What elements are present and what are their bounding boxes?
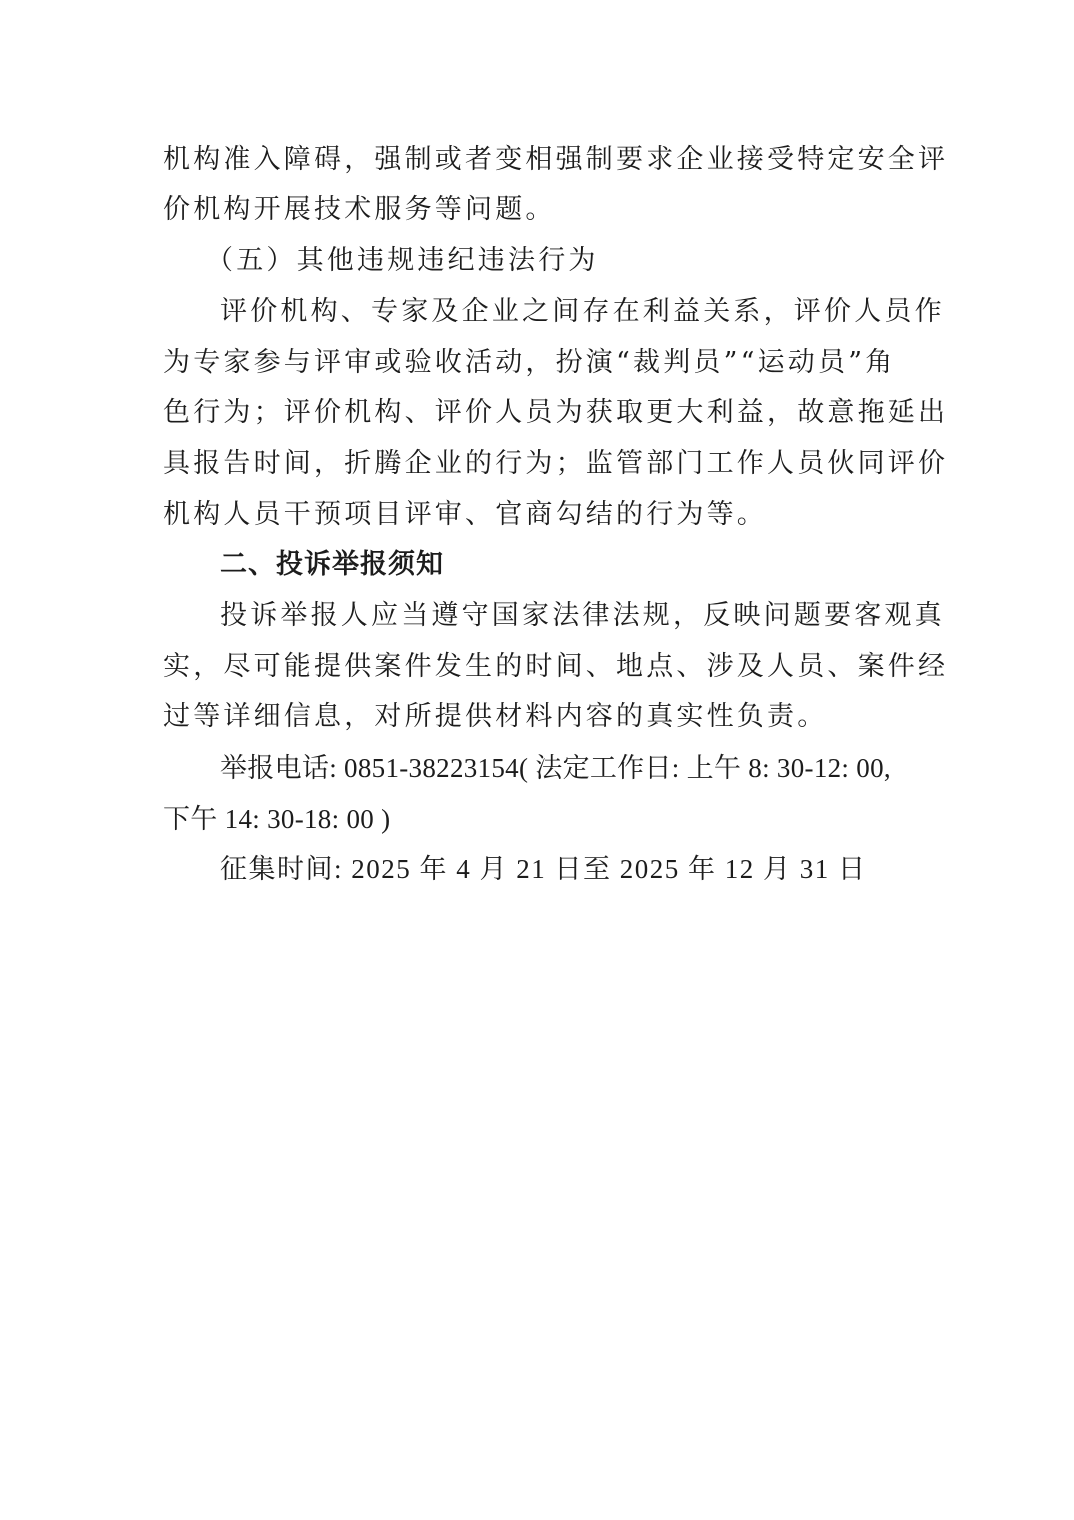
hotline-line: 举报电话: 0851-38223154( 法定工作日: 上午 8: 30-12:… [220,750,891,786]
document-page: 机构准入障碍，强制或者变相强制要求企业接受特定安全评 价机构开展技术服务等问题。… [0,0,1074,1520]
hotline-hours-line: 下午 14: 30-18: 00 ) [163,801,390,837]
paragraph-line: 色行为；评价机构、评价人员为获取更大利益，故意拖延出 [163,395,948,431]
paragraph-line: 机构准入障碍，强制或者变相强制要求企业接受特定安全评 [163,142,948,178]
paragraph-line: 投诉举报人应当遵守国家法律法规，反映问题要客观真 [220,598,945,634]
collection-period: 征集时间: 2025 年 4 月 21 日至 2025 年 12 月 31 日 [220,851,867,887]
section-heading: 二、投诉举报须知 [220,547,444,583]
subsection-heading: （五）其他违规违纪违法行为 [206,243,599,279]
paragraph-line: 机构人员干预项目评审、官商勾结的行为等。 [163,497,767,533]
paragraph-line: 为专家参与评审或验收活动，扮演“裁判员”“运动员”角 [163,345,895,381]
paragraph-line: 具报告时间，折腾企业的行为；监管部门工作人员伙同评价 [163,446,948,482]
paragraph-line: 过等详细信息，对所提供材料内容的真实性负责。 [163,699,827,735]
paragraph-line: 实，尽可能提供案件发生的时间、地点、涉及人员、案件经 [163,649,948,685]
paragraph-line: 评价机构、专家及企业之间存在利益关系，评价人员作 [220,294,945,330]
paragraph-line: 价机构开展技术服务等问题。 [163,192,556,228]
